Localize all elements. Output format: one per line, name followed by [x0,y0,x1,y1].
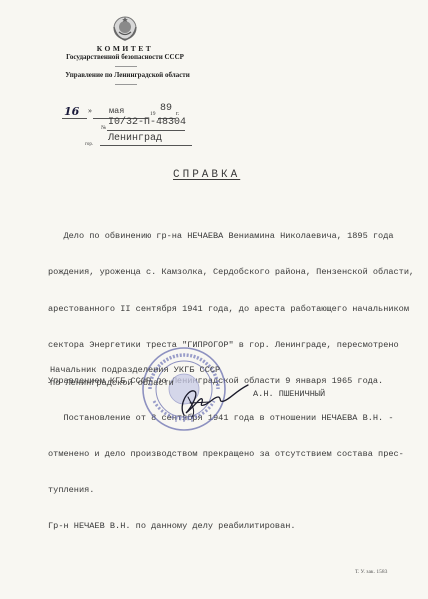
print-info: Т. У. зак. 1583 [355,569,387,575]
signer-name: А.Н. ПШЕНИЧНЫЙ [253,389,325,399]
body-line: рождения, уроженца с. Камзолка, Сердобск… [48,266,420,278]
date-day: 16 [64,105,79,118]
signer-position-line2: по Ленинградской области [50,378,174,388]
date-day-underline [62,118,87,119]
date-month: мая [109,106,124,116]
city-label: гор. [85,142,93,147]
number-underline [107,130,185,131]
directorate-name: Управление по Ленинградской области [40,71,215,79]
body-line: тупления. [48,484,420,496]
body-line: отменено и дело производством прекращено… [48,448,420,460]
number-label: № [101,125,106,131]
city-value: Ленинград [108,133,162,144]
handwritten-signature-icon [170,375,250,420]
committee-title: КОМИТЕТ [40,44,210,53]
document-page: КОМИТЕТ Государственной безопасности ССС… [0,0,428,599]
body-line: Дело по обвинению гр-на НЕЧАЕВА Вениамин… [48,230,420,242]
committee-subtitle: Государственной безопасности СССР [40,53,210,61]
body-line: сектора Энергетики треста "ГИПРОГОР" в г… [48,339,420,351]
divider [115,66,137,67]
ussr-state-emblem-icon [110,15,140,43]
divider [115,84,137,85]
registration-number: I0/32-П-48304 [108,117,186,128]
document-title: СПРАВКА [173,169,240,181]
city-underline [100,145,192,146]
body-line: Гр-н НЕЧАЕВ В.Н. по данному делу реабили… [48,520,420,532]
body-line: арестованного II сентября 1941 года, до … [48,303,420,315]
date-year: 89 [160,103,172,114]
date-quote-mark: » [88,106,92,115]
signer-position-line1: Начальник подразделения УКГБ СССР [50,365,220,375]
